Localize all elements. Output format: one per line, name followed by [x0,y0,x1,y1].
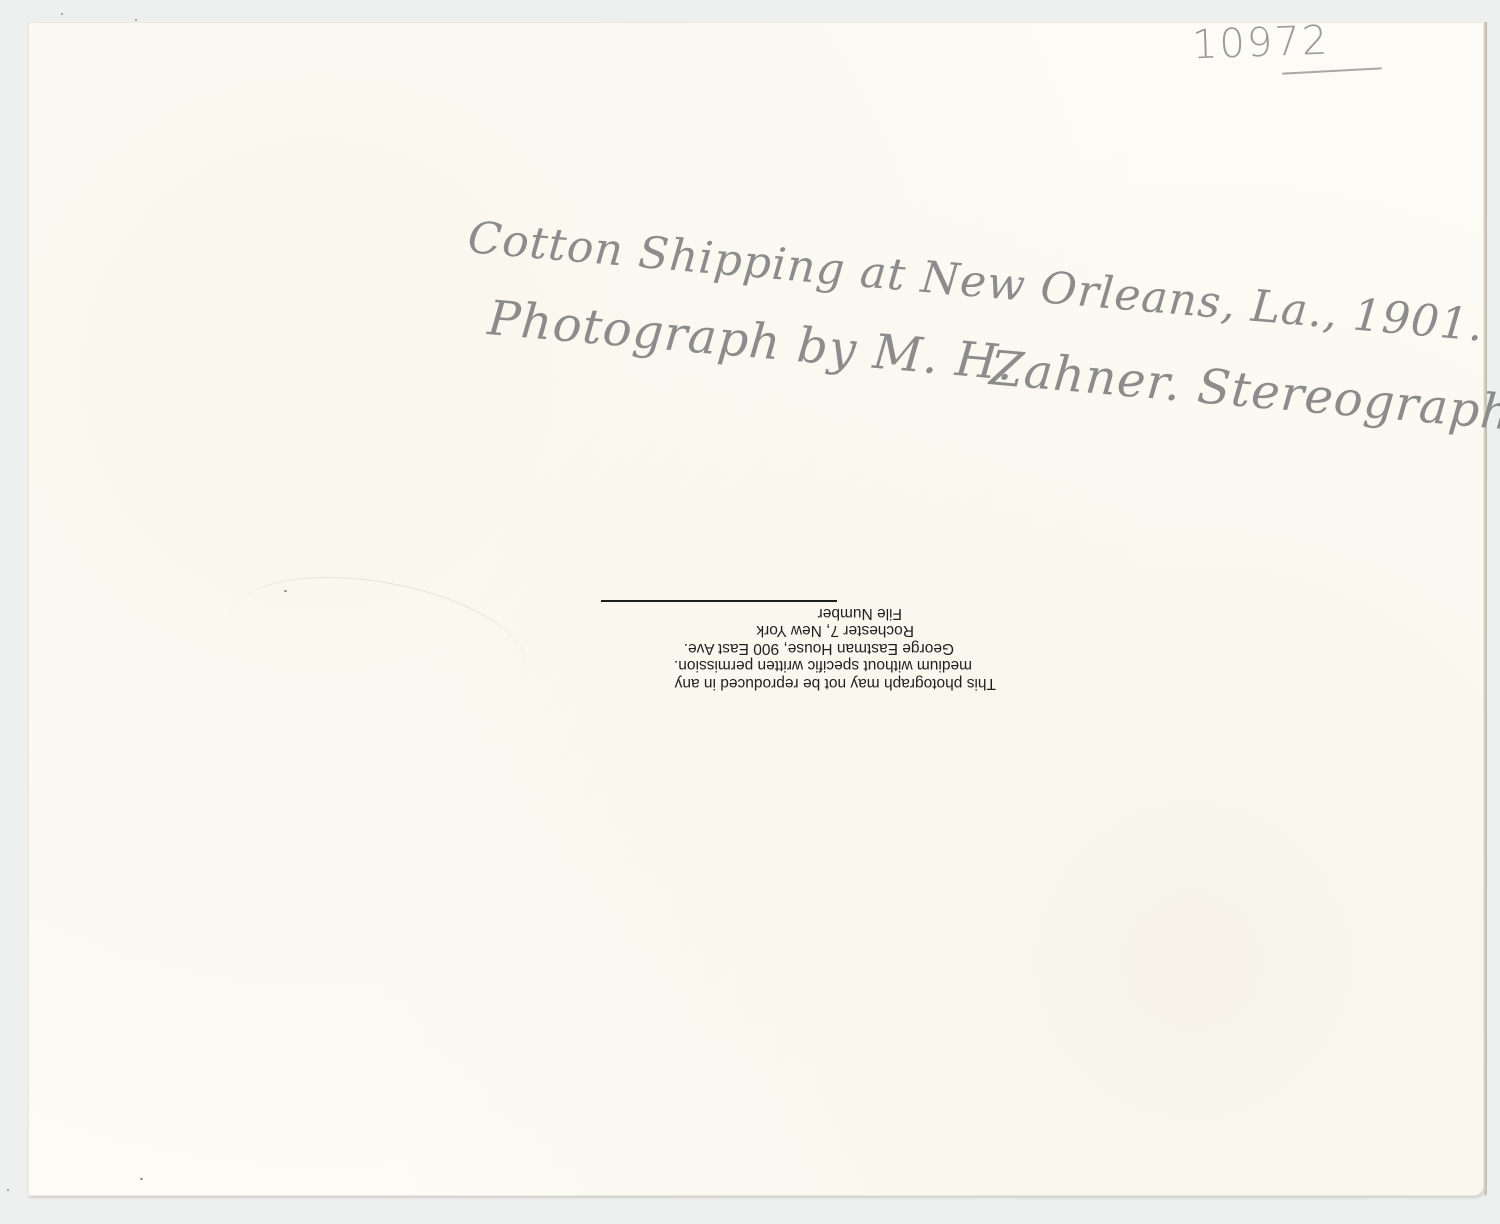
scan-speck [135,19,137,21]
stamp-line-permission: medium without specific written permissi… [555,657,1000,675]
scan-speck [61,13,63,15]
stamp-file-number-rule [601,601,837,603]
card-edge [1484,22,1487,1196]
scan-speck [7,1189,9,1191]
stamp-line-city: Rochester 7, New York [555,622,1000,640]
stamp-line-institution-address: George Eastman House, 900 East Ave. [555,640,1000,658]
eastman-house-stamp: This photograph may not be reproduced in… [555,560,1000,692]
paper-speck [284,590,287,592]
pencil-catalog-number: 10972 [1191,18,1330,69]
stamp-line-reproduction-notice: This photograph may not be reproduced in… [555,675,1000,693]
paper-speck [140,1178,143,1180]
stamp-file-number-label: File Number [555,605,1000,623]
paper-crease-mark [230,556,536,668]
